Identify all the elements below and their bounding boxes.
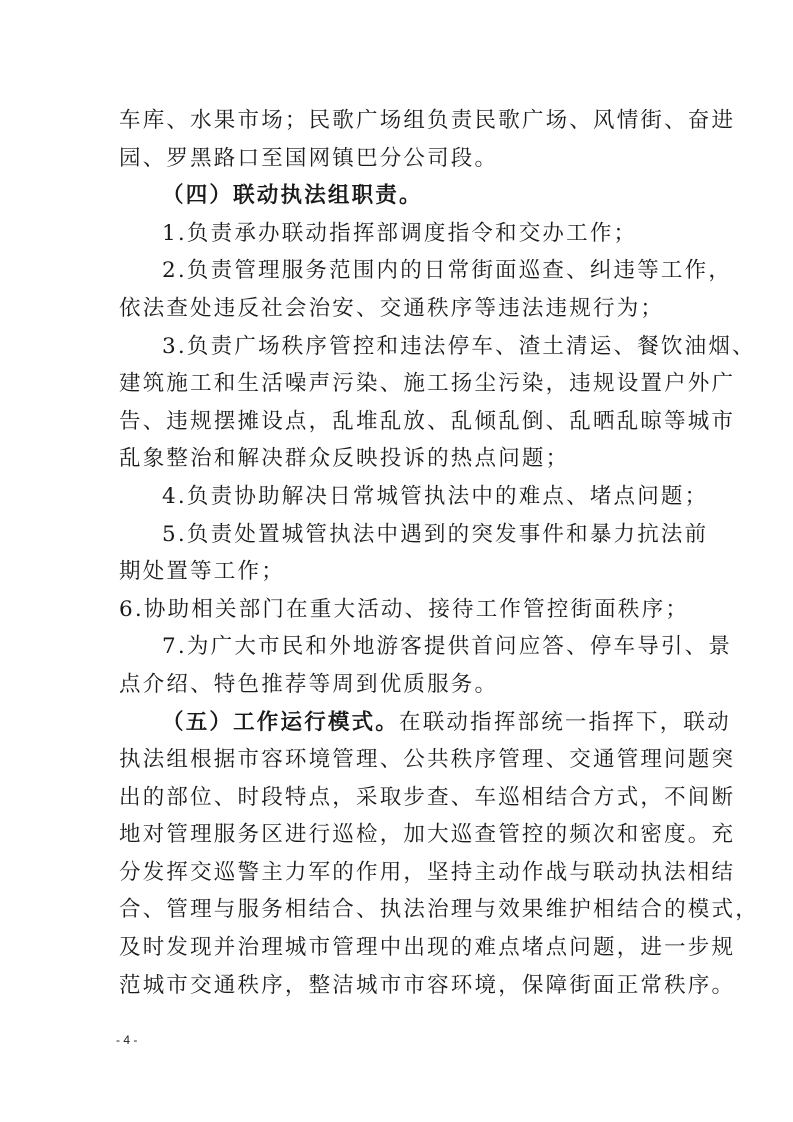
list-item-2: 2.负责管理服务范围内的日常街面巡查、纠违等工作， xyxy=(119,252,681,290)
list-item-7: 7.为广大市民和外地游客提供首问应答、停车导引、景 xyxy=(119,628,681,666)
page-number: - 4 - xyxy=(116,1033,137,1047)
text-line: 合、管理与服务相结合、执法治理与效果维护相结合的模式， xyxy=(119,891,681,929)
text-line: 依法查处违反社会治安、交通秩序等违法违规行为； xyxy=(119,290,681,328)
section-5-title: （五）工作运行模式。 xyxy=(162,710,399,735)
text-line: 车库、水果市场；民歌广场组负责民歌广场、风情街、奋进 xyxy=(119,102,681,140)
section-5-body: 在联动指挥部统一指挥下，联动 xyxy=(399,710,731,735)
text-line: 地对管理服务区进行巡检，加大巡查管控的频次和密度。充 xyxy=(119,816,681,854)
list-item-1: 1.负责承办联动指挥部调度指令和交办工作； xyxy=(119,215,681,253)
text-line: 范城市交通秩序，整洁城市市容环境，保障街面正常秩序。 xyxy=(119,967,681,1005)
list-item-3: 3.负责广场秩序管控和违法停车、渣土清运、餐饮油烟、 xyxy=(119,328,681,366)
text-line: 出的部位、时段特点，采取步查、车巡相结合方式，不间断 xyxy=(119,779,681,817)
list-item-4: 4.负责协助解决日常城管执法中的难点、堵点问题； xyxy=(119,478,681,516)
text-line: 分发挥交巡警主力军的作用，坚持主动作战与联动执法相结 xyxy=(119,854,681,892)
list-item-6: 6.协助相关部门在重大活动、接待工作管控街面秩序； xyxy=(119,591,681,629)
text-line: 及时发现并治理城市管理中出现的难点堵点问题，进一步规 xyxy=(119,929,681,967)
list-item-5: 5.负责处置城管执法中遇到的突发事件和暴力抗法前 xyxy=(119,516,681,554)
text-line: 园、罗黑路口至国网镇巴分公司段。 xyxy=(119,140,681,178)
text-line: 告、违规摆摊设点，乱堆乱放、乱倾乱倒、乱晒乱晾等城市 xyxy=(119,403,681,441)
section-heading-5: （五）工作运行模式。在联动指挥部统一指挥下，联动 xyxy=(119,704,681,742)
text-line: 执法组根据市容环境管理、公共秩序管理、交通管理问题突 xyxy=(119,741,681,779)
text-line: 建筑施工和生活噪声污染、施工扬尘污染，违规设置户外广 xyxy=(119,365,681,403)
text-line: 乱象整治和解决群众反映投诉的热点问题； xyxy=(119,440,681,478)
text-line: 点介绍、特色推荐等周到优质服务。 xyxy=(119,666,681,704)
document-page: 车库、水果市场；民歌广场组负责民歌广场、风情街、奋进 园、罗黑路口至国网镇巴分公… xyxy=(119,102,681,1004)
section-heading-4: （四）联动执法组职责。 xyxy=(119,177,681,215)
text-line: 期处置等工作； xyxy=(119,553,681,591)
